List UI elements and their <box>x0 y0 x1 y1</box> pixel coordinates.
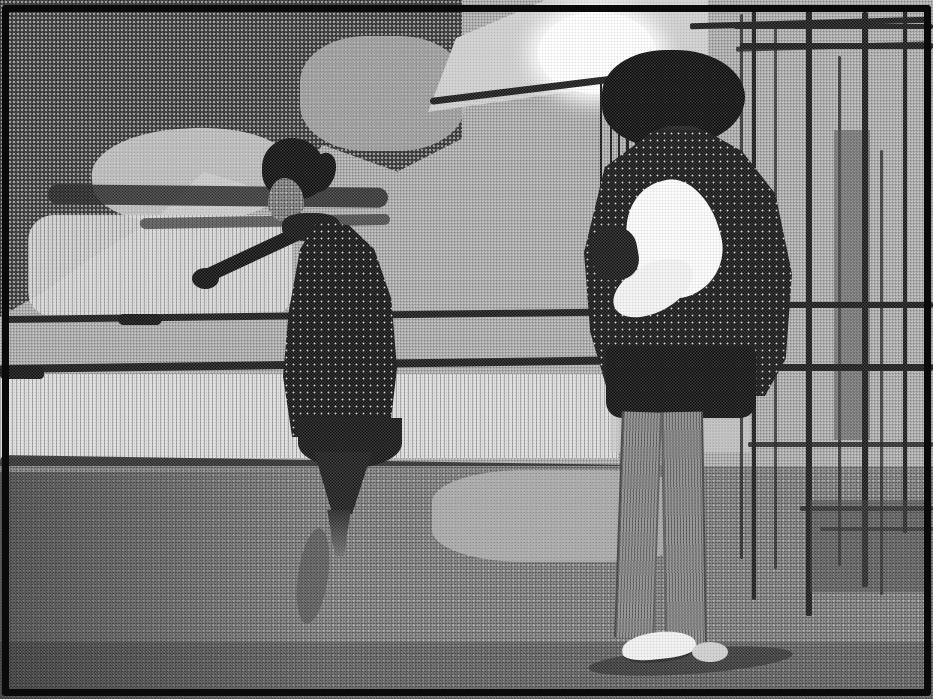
man-figure <box>0 0 933 699</box>
man-right-leg <box>661 412 707 649</box>
man-shorts <box>606 346 756 418</box>
man-left-leg <box>614 411 662 638</box>
man-sneaker-back <box>692 642 728 662</box>
halftone-photo <box>0 0 933 699</box>
